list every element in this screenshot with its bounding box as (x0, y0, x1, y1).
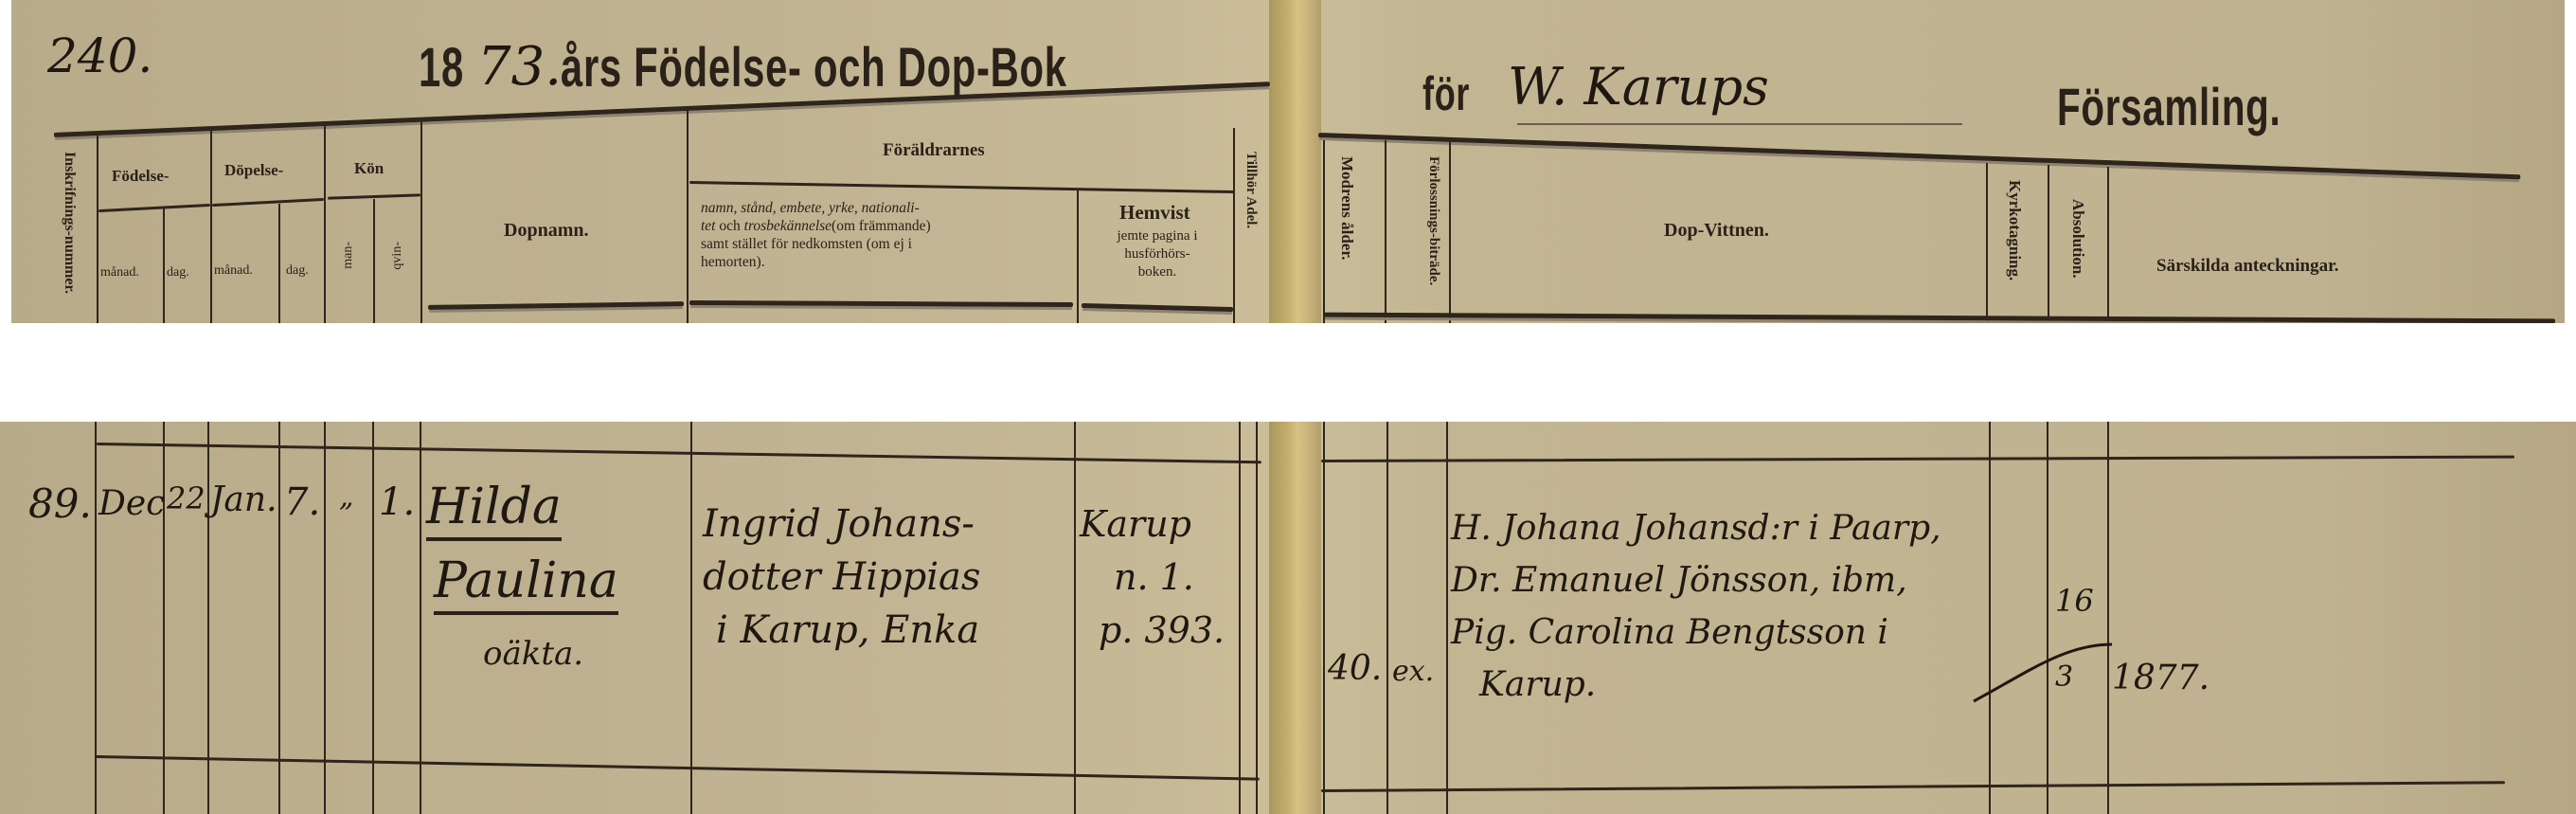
col-line (1449, 140, 1451, 323)
col-header-fodelse: Födelse- (112, 167, 169, 186)
desc-line: jemte pagina i (1086, 227, 1228, 245)
col-line (690, 422, 692, 814)
baptismal-name-second: Paulina (434, 552, 618, 615)
witness-line: Karup. (1451, 659, 1941, 711)
col-line (1077, 190, 1079, 323)
desc-line: boken. (1086, 263, 1228, 281)
kyrkotagning-month: 3 (2055, 660, 2073, 694)
parents-line: Ingrid Johans- (703, 497, 980, 551)
right-page-header (1321, 0, 2565, 323)
baptism-month: Jan. (210, 480, 277, 519)
col-line (1233, 128, 1235, 323)
col-header-dopelse-manad: månad. (214, 263, 253, 279)
col-header-sarskilda: Särskilda anteckningar. (2156, 256, 2339, 277)
col-line (210, 129, 212, 323)
col-header-dopnamn: Dopnamn. (504, 220, 588, 242)
col-line (420, 422, 421, 814)
col-line (1256, 422, 1258, 814)
year-printed: 18 (419, 36, 464, 99)
book-gutter (1269, 422, 1321, 814)
col-line (1074, 422, 1076, 814)
col-line (687, 106, 689, 323)
col-line (372, 422, 374, 814)
witness-line: Pig. Carolina Bengtsson i (1451, 606, 1941, 659)
col-line (2047, 422, 2048, 814)
col-line (2048, 165, 2049, 323)
year-handwritten: 73. (477, 36, 562, 98)
col-line (278, 422, 280, 814)
col-line (420, 119, 422, 323)
baptismal-name-first: Hilda (426, 479, 562, 541)
col-line (1986, 163, 1988, 323)
hemvist-entry: Karup n. 1. p. 393. (1080, 497, 1225, 657)
parish-name: W. Karups (1508, 57, 1769, 117)
col-header-kon-man: man- (341, 242, 356, 269)
col-header-modrens-alder: Modrens ålder. (1337, 156, 1356, 261)
col-line (163, 208, 165, 323)
parents-line: dotter Hippias (703, 551, 980, 604)
col-header-kon: Kön (354, 159, 384, 178)
desc-fragment: trosbekännelse (744, 218, 832, 234)
fraction-stroke (1970, 635, 2121, 711)
desc-line: tet och trosbekännelse(om främmande) (701, 217, 931, 235)
col-header-dopelse-dag: dag. (286, 263, 309, 279)
col-line (2107, 167, 2109, 323)
col-line (324, 422, 326, 814)
baptism-witnesses: H. Johana Johansd:r i Paarp, Dr. Emanuel… (1451, 502, 1941, 711)
desc-fragment: och (716, 218, 744, 234)
col-line (163, 422, 165, 814)
col-header-foraldrarnes: Föräldrarnes (883, 140, 985, 161)
desc-line: samt stället för nedkomsten (om ej i (701, 235, 931, 253)
absolution-year: 1877. (2112, 659, 2209, 697)
col-header-hemvist-desc: jemte pagina i husförhörs- boken. (1086, 227, 1228, 281)
header-strip: 240. 18 73. års Födelse- och Dop-Bok för… (11, 0, 2565, 323)
parish-underline (1517, 123, 1962, 125)
record-number: 89. (28, 480, 92, 527)
kyrkotagning-day: 16 (2055, 583, 2094, 619)
title-right-prefix: för (1422, 66, 1470, 121)
birth-month: Dec (98, 484, 165, 523)
title-right-suffix: Församling. (2057, 76, 2281, 137)
desc-line: husförhörs- (1086, 245, 1228, 263)
record-strip: 89. Dec 22 Jan. 7. „ 1. Hilda Paulina oä… (0, 422, 2576, 814)
hemvist-line: p. 393. (1080, 604, 1225, 657)
desc-line: namn, stånd, embete, yrke, nationali- (701, 199, 931, 217)
col-header-hemvist: Hemvist (1119, 201, 1190, 225)
parents-entry: Ingrid Johans- dotter Hippias i Karup, E… (703, 497, 980, 657)
book-gutter (1269, 0, 1321, 323)
baptism-day: 7. (284, 480, 320, 524)
col-header-foraldrarnes-desc: namn, stånd, embete, yrke, nationali- te… (701, 199, 931, 271)
col-header-tillhor-adel: Tillhör Adel. (1243, 152, 1259, 228)
col-line (1385, 140, 1386, 323)
col-line (1446, 422, 1448, 814)
col-header-kyrkotagning: Kyrkotagning. (2005, 180, 2024, 280)
parents-line: i Karup, Enka (703, 604, 980, 657)
sex-female: 1. (379, 480, 415, 524)
page-number: 240. (47, 28, 152, 83)
witness-line: H. Johana Johansd:r i Paarp, (1451, 502, 1941, 554)
col-line (278, 204, 280, 323)
mother-age: 40. (1328, 649, 1382, 688)
col-line (373, 199, 375, 323)
desc-line: hemorten). (701, 253, 931, 271)
desc-fragment: (om främmande) (832, 218, 931, 234)
desc-fragment: tet (701, 218, 716, 234)
col-header-kon-qvin: qvin- (390, 242, 405, 270)
midwife: ex. (1392, 655, 1434, 688)
birth-day: 22 (167, 480, 206, 516)
col-header-absolution: Absolution. (2068, 199, 2087, 279)
title-left: års Födelse- och Dop-Bok (561, 36, 1067, 99)
hemvist-line: n. 1. (1080, 551, 1225, 604)
col-line (1323, 422, 1325, 814)
col-header-dop-vittnen: Dop-Vittnen. (1664, 220, 1769, 242)
col-line (324, 123, 326, 323)
col-header-dopelse: Döpelse- (224, 161, 283, 180)
sex-male: „ (339, 480, 354, 514)
legitimacy-note: oäkta. (483, 635, 583, 673)
col-line (1989, 422, 1991, 814)
col-line (97, 135, 98, 323)
col-header-inskrifningsnummer: Inskrifnings-nummer. (61, 152, 78, 294)
hemvist-line: Karup (1080, 497, 1225, 551)
witness-line: Dr. Emanuel Jönsson, ibm, (1451, 554, 1941, 606)
col-line (1239, 422, 1241, 814)
col-header-forlossningsbitrade: Förlossnings-biträde. (1404, 156, 1441, 289)
col-line (207, 422, 209, 814)
col-line (1323, 140, 1325, 323)
col-line (2107, 422, 2109, 814)
col-header-fodelse-dag: dag. (167, 265, 189, 280)
col-header-fodelse-manad: månad. (100, 265, 139, 280)
col-line (1386, 422, 1388, 814)
